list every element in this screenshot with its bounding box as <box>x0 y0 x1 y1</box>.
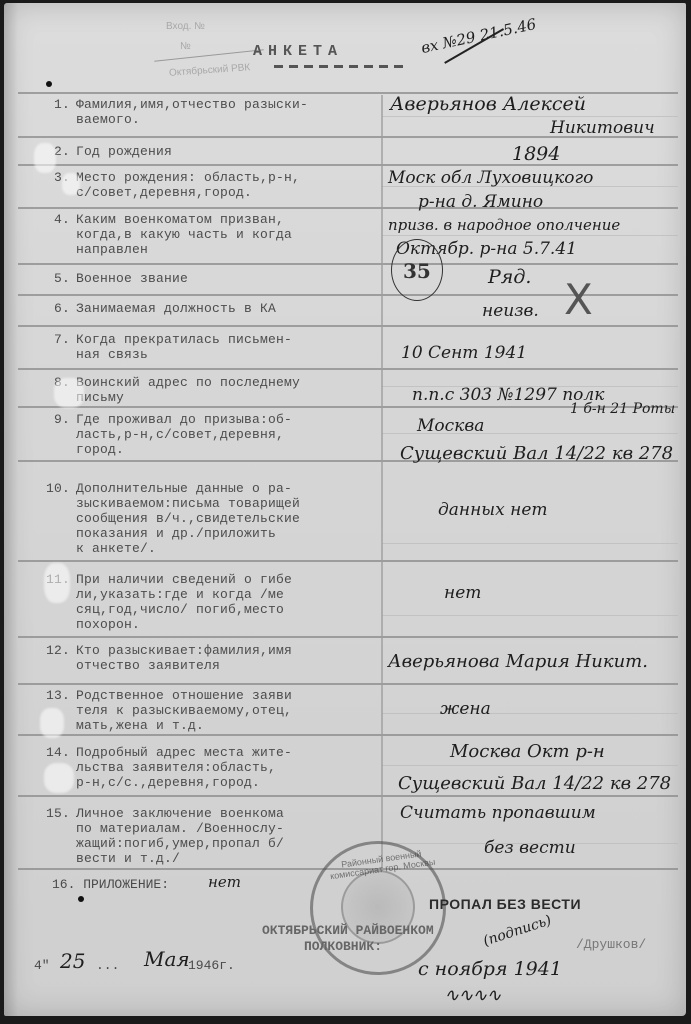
paper-tear <box>54 378 84 408</box>
row-line <box>18 207 678 209</box>
question-row-15: 15.Личное заключение военкома по материа… <box>44 806 374 866</box>
title-underline <box>274 65 404 68</box>
answer-12: Аверьянова Мария Никит. <box>388 651 648 672</box>
questionnaire-sheet: Вход. № № Октябрьский РВК АНКЕТА вх №29 … <box>4 3 686 1016</box>
question-row-3: 3.Место рождения: область,р-н, с/совет,д… <box>44 170 374 200</box>
question-row-4: 4.Каким военкоматом призван, когда,в как… <box>44 212 374 257</box>
incoming-stamp-line3: Октябрьский РВК <box>169 62 251 79</box>
question-number: 9. <box>44 412 70 427</box>
answer-guide-line <box>382 713 678 714</box>
item16-value: нет <box>208 873 241 891</box>
paper-tear <box>44 763 74 793</box>
question-text: Когда прекратилась письмен- ная связь <box>76 332 366 362</box>
handwritten-date-note: с ноября 1941 <box>418 958 562 980</box>
question-number: 7. <box>44 332 70 347</box>
question-text: Год рождения <box>76 144 366 159</box>
answer-14-line2: Сущевский Вал 14/22 кв 278 <box>398 773 671 794</box>
date-dots: ... <box>96 958 119 973</box>
question-number: 4. <box>44 212 70 227</box>
answer-1-line2: Никитович <box>550 118 655 138</box>
question-number: 13. <box>44 688 70 703</box>
answer-9-line1: Москва <box>417 416 484 436</box>
question-text: Каким военкоматом призван, когда,в какую… <box>76 212 366 257</box>
question-row-10: 10.Дополнительные данные о ра- зыскиваем… <box>44 481 374 556</box>
answer-5: Ряд. <box>488 266 531 288</box>
question-row-7: 7.Когда прекратилась письмен- ная связь <box>44 332 374 362</box>
question-row-11: 11.При наличии сведений о гибе ли,указат… <box>44 572 374 632</box>
question-text: Личное заключение военкома по материалам… <box>76 806 366 866</box>
answer-7: 10 Сент 1941 <box>401 343 527 363</box>
registration-note: вх №29 21.5.46 <box>419 15 537 57</box>
signatory-name: /Друшков/ <box>576 937 646 952</box>
answer-6: неизв. <box>482 301 539 321</box>
answer-9-line2: Сущевский Вал 14/22 кв 278 <box>400 443 673 464</box>
question-text: Фамилия,имя,отчество разыски- ваемого. <box>76 97 366 127</box>
missing-in-action-stamp: ПРОПАЛ БЕЗ ВЕСТИ <box>429 896 581 912</box>
cross-mark-icon: X <box>564 275 593 324</box>
signature-scribble: (подпись) <box>481 912 553 949</box>
row-line <box>18 164 678 166</box>
question-text: Дополнительные данные о ра- зыскиваемом:… <box>76 481 366 556</box>
date-prefix: 4" <box>34 958 50 973</box>
date-month: Мая <box>144 947 190 971</box>
question-row-9: 9.Где проживал до призыва:об- ласть,р-н,… <box>44 412 374 457</box>
question-text: Военное звание <box>76 271 366 286</box>
signature: ∿∿∿∿ <box>444 985 500 1006</box>
answer-4-line1: призв. в народное ополчение <box>388 216 620 234</box>
question-text: Занимаемая должность в КА <box>76 301 366 316</box>
question-text: Подробный адрес места жите- льства заяви… <box>76 745 366 790</box>
question-number: 6. <box>44 301 70 316</box>
question-row-8: 8.Воинский адрес по последнему письму <box>44 375 374 405</box>
answer-10: данных нет <box>438 500 548 520</box>
question-number: 1. <box>44 97 70 112</box>
answer-3-line2: р-на д. Ямино <box>418 192 543 212</box>
answer-13: жена <box>440 699 491 719</box>
row-line <box>18 734 678 736</box>
question-number: 5. <box>44 271 70 286</box>
question-row-1: 1.Фамилия,имя,отчество разыски- ваемого. <box>44 97 374 127</box>
question-row-14: 14.Подробный адрес места жите- льства за… <box>44 745 374 790</box>
answer-guide-line <box>382 235 678 236</box>
answer-15-line2: без вести <box>484 838 576 858</box>
answer-1-line1: Аверьянов Алексей <box>390 93 586 115</box>
question-number: 15. <box>44 806 70 821</box>
question-text: Место рождения: область,р-н, с/совет,дер… <box>76 170 366 200</box>
question-row-6: 6.Занимаемая должность в КА <box>44 301 374 316</box>
question-text: Кто разыскивает:фамилия,имя отчество зая… <box>76 643 366 673</box>
row-line <box>18 560 678 562</box>
stamp-rule <box>154 49 264 61</box>
official-seal: Районный военный комиссариат гор. Москвы <box>310 841 446 975</box>
answer-guide-line <box>382 615 678 616</box>
paper-tear <box>62 173 80 195</box>
row-line <box>18 325 678 327</box>
answer-guide-line <box>382 116 678 117</box>
row-line <box>18 683 678 685</box>
paper-tear <box>34 143 56 173</box>
question-number: 14. <box>44 745 70 760</box>
answer-8-line2: 1 б-н 21 Роты <box>570 401 675 417</box>
question-text: При наличии сведений о гибе ли,указать:г… <box>76 572 366 632</box>
org-line2: ПОЛКОВНИК: <box>304 939 382 954</box>
question-text: Где проживал до призыва:об- ласть,р-н,с/… <box>76 412 366 457</box>
question-text: Воинский адрес по последнему письму <box>76 375 366 405</box>
question-number: 10. <box>44 481 70 496</box>
question-row-12: 12.Кто разыскивает:фамилия,имя отчество … <box>44 643 374 673</box>
incoming-stamp-line2: № <box>180 41 191 52</box>
question-row-5: 5.Военное звание <box>44 271 374 286</box>
paper-tear <box>44 563 70 603</box>
punch-hole <box>78 896 84 902</box>
incoming-stamp-line1: Вход. № <box>166 21 205 32</box>
answer-2: 1894 <box>512 143 560 165</box>
row-line <box>18 636 678 638</box>
question-text: Родственное отношение заяви теля к разыс… <box>76 688 366 733</box>
question-row-2: 2.Год рождения <box>44 144 374 159</box>
question-row-13: 13.Родственное отношение заяви теля к ра… <box>44 688 374 733</box>
item16-label: 16. ПРИЛОЖЕНИЕ: <box>52 877 169 892</box>
punch-hole <box>46 81 52 87</box>
org-line1: ОКТЯБРЬСКИЙ РАЙВОЕНКОМ <box>262 923 434 938</box>
paper-tear <box>40 708 64 738</box>
row-line <box>18 263 678 265</box>
answer-3-line1: Моск обл Луховицкого <box>388 168 593 188</box>
row-line <box>18 795 678 797</box>
date-year: 1946г. <box>188 958 235 973</box>
document-title: АНКЕТА <box>253 43 343 60</box>
small-stamp-number: 35 <box>403 259 431 283</box>
answer-14-line1: Москва Окт р-н <box>450 741 605 762</box>
question-number: 12. <box>44 643 70 658</box>
answer-guide-line <box>382 765 678 766</box>
row-line <box>18 368 678 370</box>
column-divider <box>381 95 383 871</box>
date-day: 25 <box>60 949 85 973</box>
answer-15-line1: Считать пропавшим <box>400 803 596 823</box>
answer-11: нет <box>444 583 481 603</box>
answer-guide-line <box>382 543 678 544</box>
